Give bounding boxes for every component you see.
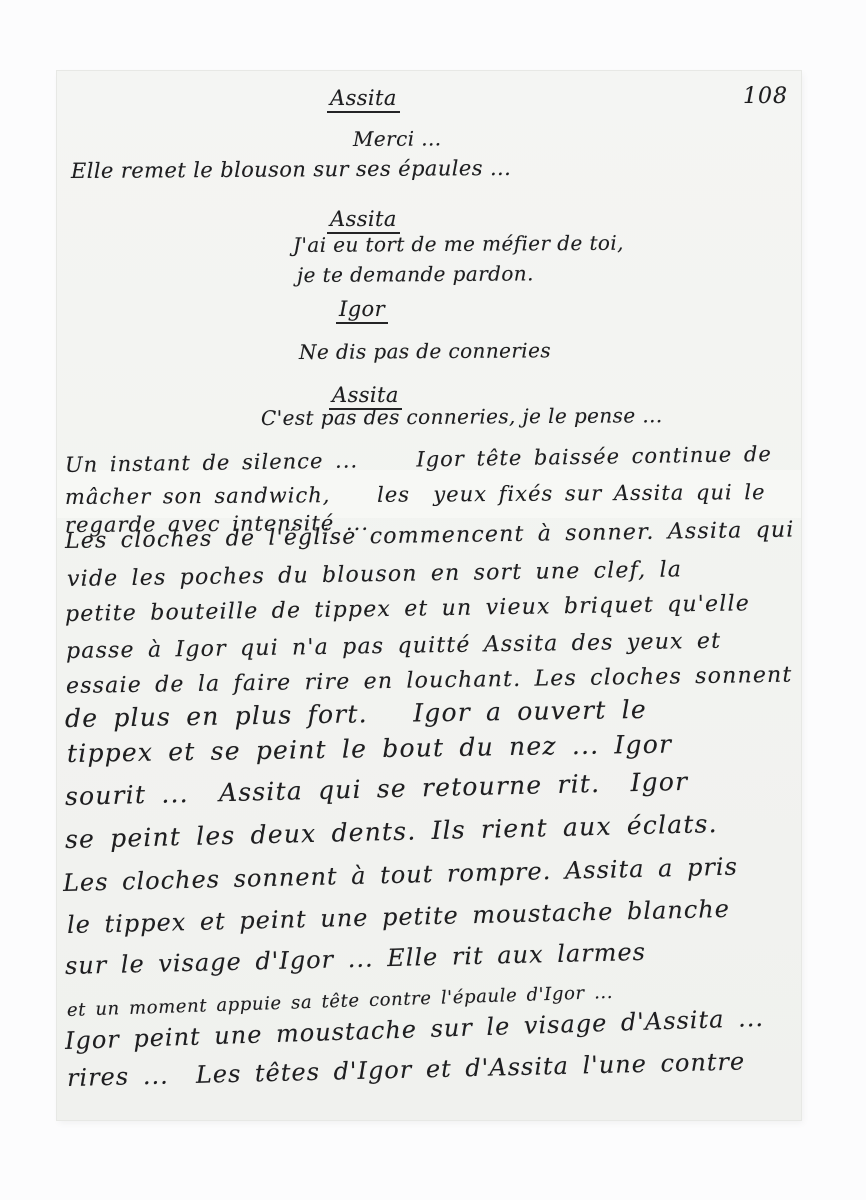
action-line: Les cloches sonnent à tout rompre. Assit… xyxy=(63,853,739,897)
action-line: passe à Igor qui n'a pas quitté Assita d… xyxy=(66,629,722,664)
action-line: sourit ... Assita qui se retourne rit. I… xyxy=(65,767,689,811)
action-line: vide les poches du blouson en sort une c… xyxy=(67,557,683,592)
action-line: petite bouteille de tippex et un vieux b… xyxy=(65,591,750,627)
character-heading: Igor xyxy=(336,297,388,324)
action-line: essaie de la faire rire en louchant. Les… xyxy=(66,663,793,699)
action-line: rires ... Les têtes d'Igor et d'Assita l… xyxy=(67,1047,746,1092)
character-heading: Assita xyxy=(327,207,400,234)
action-line: tippex et se peint le bout du nez ... Ig… xyxy=(67,729,673,768)
dialogue-line: C'est pas des conneries, je le pense ... xyxy=(261,403,663,430)
action-line: de plus en plus fort. Igor a ouvert le xyxy=(65,695,647,733)
action-line: Elle remet le blouson sur ses épaules ..… xyxy=(71,156,511,183)
dialogue-line: Merci ... xyxy=(353,126,442,151)
page-number: 108 xyxy=(743,84,788,109)
manuscript-page: 108 Assita Merci ... Elle remet le blous… xyxy=(57,71,801,1120)
action-line: sur le visage d'Igor ... Elle rit aux la… xyxy=(65,938,647,980)
action-line: mâcher son sandwich, les yeux fixés sur … xyxy=(65,480,766,509)
dialogue-line: Ne dis pas de conneries xyxy=(299,338,551,364)
action-line: le tippex et peint une petite moustache … xyxy=(67,895,731,939)
dialogue-line: J'ai eu tort de me méfier de toi, xyxy=(293,231,624,257)
action-line: se peint les deux dents. Ils rient aux é… xyxy=(65,809,718,854)
dialogue-line: je te demande pardon. xyxy=(297,261,534,287)
character-heading: Assita xyxy=(327,86,400,113)
